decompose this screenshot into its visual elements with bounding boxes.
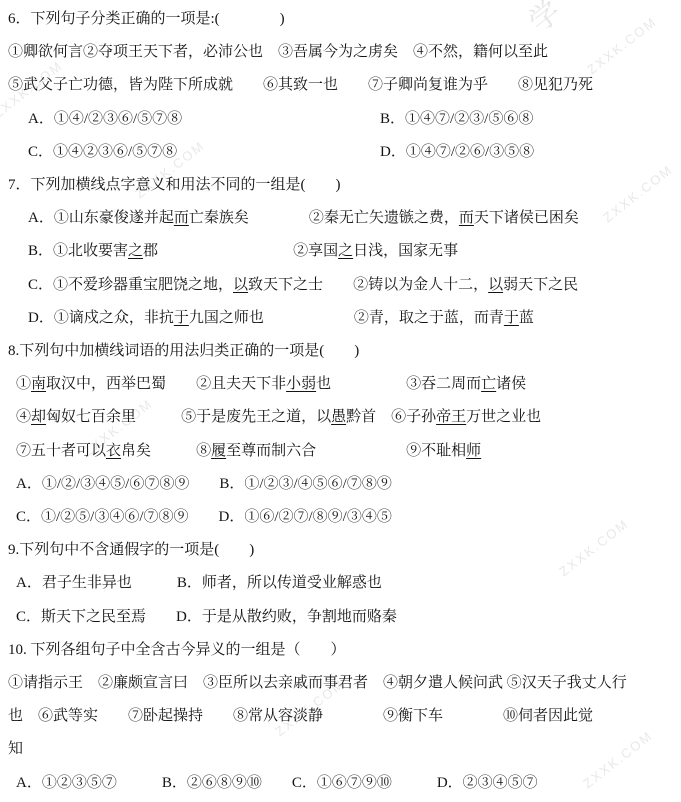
- underlined-word: 却: [31, 409, 46, 425]
- text-segment: [136, 409, 181, 425]
- text-segment: 万世之业也: [466, 409, 541, 425]
- question-9-options-row-2: C．斯天下之民至焉 D．于是从散约败，争割地而赂秦: [0, 601, 681, 634]
- question-8-title: 8.下列句中加横线词语的用法归类正确的一项是( ): [0, 335, 681, 368]
- question-6-options-row-1: A．①④/②③⑥/⑤⑦⑧ B．①④⑦/②③/⑤⑥⑧: [0, 103, 681, 136]
- text-segment: [166, 376, 196, 392]
- question-6-options-row-2: C．①④②③⑥/⑤⑦⑧ D．①④⑦/②⑥/③⑤⑧: [0, 136, 681, 169]
- underlined-word: 小弱: [286, 376, 316, 392]
- text-segment: ②享国: [293, 243, 338, 259]
- question-10-options-row: A．①②③⑤⑦ B．②⑥⑧⑨⑩ C．①⑥⑦⑨⑩ D．②③④⑤⑦: [0, 767, 681, 800]
- underlined-word: 于: [174, 310, 189, 326]
- text-segment: 蓝: [519, 310, 534, 326]
- text-segment: 日浅，国家无事: [353, 243, 458, 259]
- text-segment: 也: [316, 376, 331, 392]
- question-6-option-b: B．①④⑦/②③/⑤⑥⑧: [380, 103, 681, 136]
- text-segment: 至尊而制六合: [226, 443, 316, 459]
- underlined-word: 之: [338, 243, 353, 259]
- text-segment: ⑥子孙: [391, 409, 436, 425]
- underlined-word: 衣: [106, 443, 121, 459]
- text-segment: ②铸以为金人十二，: [353, 277, 488, 293]
- underlined-word: 履: [211, 443, 226, 459]
- question-7-option-a: A．①山东豪俊遂并起而亡秦族矣 ②秦无亡矢遗镞之费，而天下诸侯已困矣: [0, 202, 681, 235]
- text-segment: [158, 243, 293, 259]
- question-7-option-d: D．①谪戍之众，非抗于九国之师也 ②青，取之于蓝，而青于蓝: [0, 302, 681, 335]
- question-8-items-line-2: ④却匈奴七百余里 ⑤于是废先王之道，以愚黔首 ⑥子孙帝王万世之业也: [0, 401, 681, 434]
- underlined-word: 亡: [481, 376, 496, 392]
- text-segment: ①: [16, 376, 31, 392]
- text-segment: 帛矣: [121, 443, 151, 459]
- text-segment: 郡: [143, 243, 158, 259]
- text-segment: ⑦五十者可以: [16, 443, 106, 459]
- question-10-items-line-1: ①请指示王 ②廉颇宣言曰 ③臣所以去亲戚而事君者 ④朝夕遣人候问武 ⑤汉天子我丈…: [0, 667, 681, 700]
- underlined-word: 帝王: [436, 409, 466, 425]
- question-8-options-row-2: C．①/②⑤/③④⑥/⑦⑧⑨ D．①⑥/②⑦/⑧⑨/③④⑤: [0, 501, 681, 534]
- text-segment: ⑤于是废先王之道，以: [181, 409, 331, 425]
- text-segment: 九国之师也: [189, 310, 264, 326]
- question-8-items-line-3: ⑦五十者可以衣帛矣 ⑧履至尊而制六合 ⑨不耻相师: [0, 435, 681, 468]
- text-segment: [323, 277, 353, 293]
- question-10-items-line-3: 知: [0, 733, 681, 766]
- text-segment: [376, 409, 391, 425]
- text-segment: B．①北收要害: [28, 243, 128, 259]
- question-6-option-a: A．①④/②③⑥/⑤⑦⑧: [28, 103, 380, 136]
- text-segment: 亡秦族矣: [189, 210, 249, 226]
- text-segment: 弱天下之民: [503, 277, 578, 293]
- underlined-word: 之: [128, 243, 143, 259]
- question-6-items-line-1: ①卿欲何言②夺项王天下者，必沛公也 ③吾属今为之虏矣 ④不然，籍何以至此: [0, 36, 681, 69]
- text-segment: ②秦无亡矢遗镞之费，: [309, 210, 459, 226]
- underlined-word: 以: [488, 277, 503, 293]
- question-8-options-row-1: A．①/②/③④⑤/⑥⑦⑧⑨ B．①/②③/④⑤⑥/⑦⑧⑨: [0, 468, 681, 501]
- question-10-items-line-2: 也 ⑥武等实 ⑦卧起操持 ⑧常从容淡静 ⑨衡下车 ⑩伺者因此觉: [0, 700, 681, 733]
- text-segment: [151, 443, 196, 459]
- text-segment: D．①谪戍之众，非抗: [28, 310, 174, 326]
- question-6-title: 6．下列句子分类正确的一项是:( ): [0, 3, 681, 36]
- question-9-options-row-1: A．君子生非异也 B．师者，所以传道受业解惑也: [0, 567, 681, 600]
- question-7-title: 7．下列加横线点字意义和用法不同的一组是( ): [0, 169, 681, 202]
- question-10-title: 10. 下列各组句子中全含古今异义的一组是（ ）: [0, 634, 681, 667]
- underlined-word: 南: [31, 376, 46, 392]
- text-segment: 诸侯: [496, 376, 526, 392]
- text-segment: ②青，取之于蓝，而青: [354, 310, 504, 326]
- question-9-title: 9.下列句中不含通假字的一项是( ): [0, 534, 681, 567]
- text-segment: ③吞二周而: [406, 376, 481, 392]
- text-segment: 天下诸侯已困矣: [474, 210, 579, 226]
- text-segment: ⑨不耻相: [406, 443, 466, 459]
- text-segment: C．①不爱珍器重宝肥饶之地，: [28, 277, 233, 293]
- underlined-word: 愚: [331, 409, 346, 425]
- text-segment: 取汉中，西举巴蜀: [46, 376, 166, 392]
- text-segment: [249, 210, 309, 226]
- question-7-option-b: B．①北收要害之郡 ②享国之日浅，国家无事: [0, 235, 681, 268]
- text-segment: ④: [16, 409, 31, 425]
- question-7-option-c: C．①不爱珍器重宝肥饶之地，以致天下之士 ②铸以为金人十二，以弱天下之民: [0, 269, 681, 302]
- underlined-word: 而: [459, 210, 474, 226]
- exam-document-page: 学 ZXXK.COM ZXXK.COM ZXXK.COM ZXXK.COM ZX…: [0, 0, 681, 802]
- underlined-word: 以: [233, 277, 248, 293]
- question-6-items-line-2: ⑤武父子亡功德，皆为陛下所成就 ⑥其致一也 ⑦子卿尚复谁为乎 ⑧见犯乃死: [0, 69, 681, 102]
- text-segment: [331, 376, 406, 392]
- text-segment: [316, 443, 406, 459]
- text-segment: [264, 310, 354, 326]
- text-segment: ②且夫天下非: [196, 376, 286, 392]
- text-segment: 匈奴七百余里: [46, 409, 136, 425]
- question-6-option-c: C．①④②③⑥/⑤⑦⑧: [28, 136, 380, 169]
- question-8-items-line-1: ①南取汉中，西举巴蜀 ②且夫天下非小弱也 ③吞二周而亡诸侯: [0, 368, 681, 401]
- underlined-word: 师: [466, 443, 481, 459]
- underlined-word: 而: [174, 210, 189, 226]
- text-segment: 黔首: [346, 409, 376, 425]
- text-segment: A．①山东豪俊遂并起: [28, 210, 174, 226]
- exam-questions: 6．下列句子分类正确的一项是:( ) ①卿欲何言②夺项王天下者，必沛公也 ③吾属…: [0, 0, 681, 800]
- question-6-option-d: D．①④⑦/②⑥/③⑤⑧: [380, 136, 681, 169]
- text-segment: 致天下之士: [248, 277, 323, 293]
- text-segment: ⑧: [196, 443, 211, 459]
- underlined-word: 于: [504, 310, 519, 326]
